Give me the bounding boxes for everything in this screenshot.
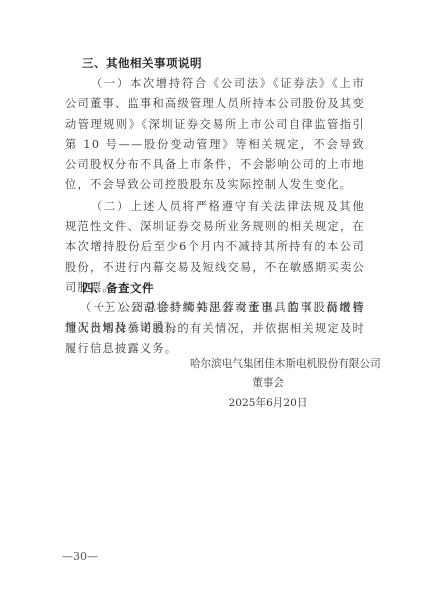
signature-date: 2025年6月20日 <box>190 396 346 410</box>
paragraph-reference-document-1: （一）公司总会计师韩思蓉女士出具的《股份增持情况告知及承诺函》。 <box>65 298 365 339</box>
paragraph-compliance: （一）本次增持符合《公司法》《证券法》《上市公司董事、监事和高级管理人员所持本公… <box>65 74 365 196</box>
signature-board: 董事会 <box>190 376 346 390</box>
section-body-reference-documents: （一）公司总会计师韩思蓉女士出具的《股份增持情况告知及承诺函》。 <box>65 298 365 339</box>
page-number: —30— <box>62 550 98 563</box>
section-heading-other-matters: 三、其他相关事项说明 <box>82 56 202 70</box>
section-heading-reference-documents: 四、备查文件 <box>82 281 154 295</box>
signature-company-name: 哈尔滨电气集团佳木斯电机股份有限公司 <box>190 357 346 371</box>
document-page: 三、其他相关事项说明 （一）本次增持符合《公司法》《证券法》《上市公司董事、监事… <box>0 0 424 600</box>
